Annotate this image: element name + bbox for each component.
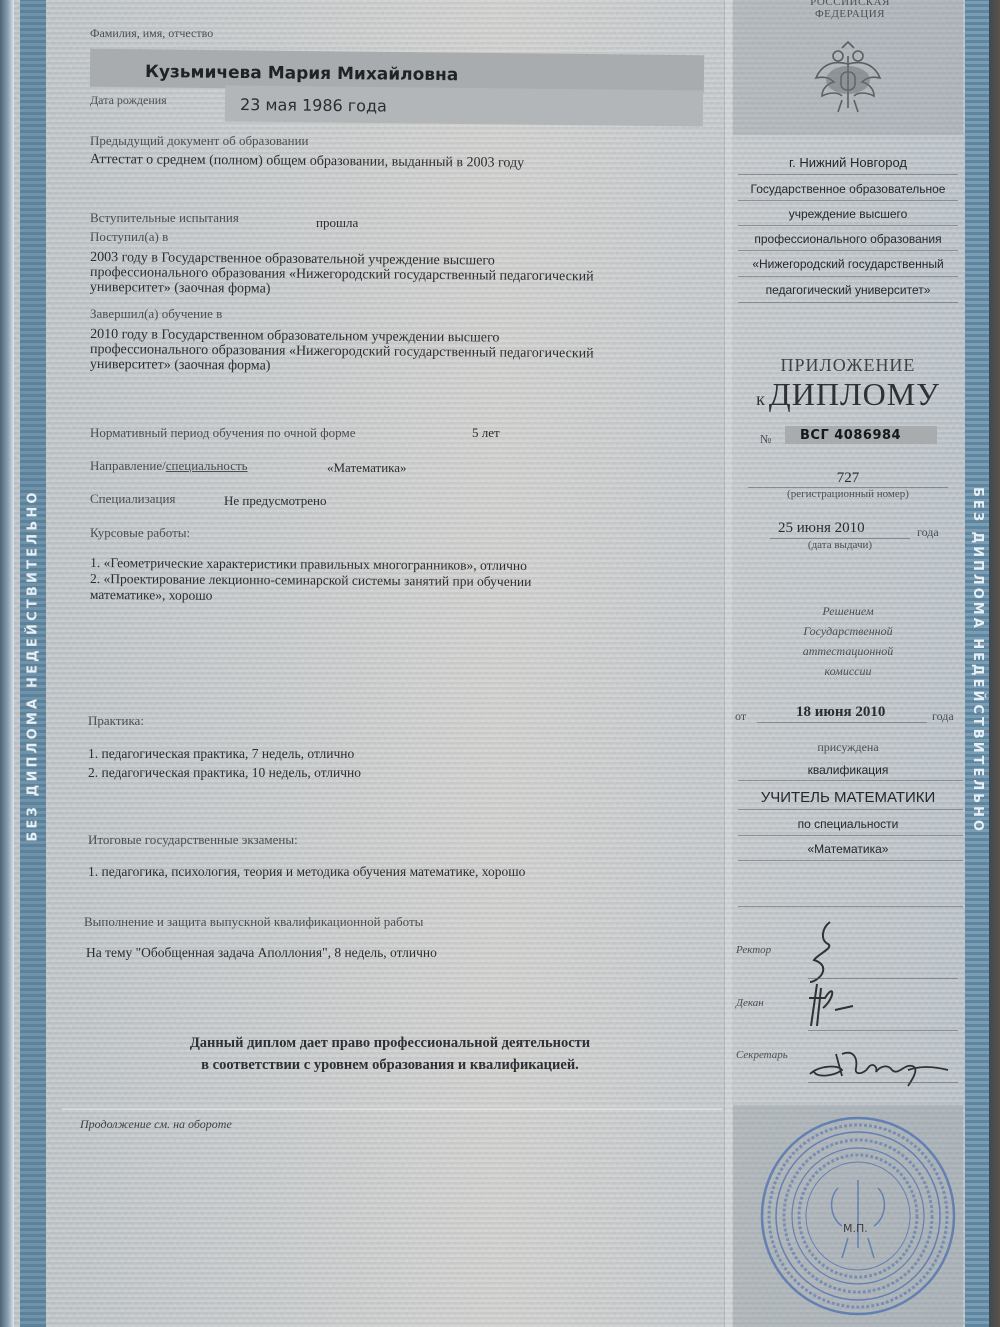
entrance-exams-label: Вступительные испытания bbox=[90, 210, 239, 226]
left-page-edge bbox=[0, 0, 14, 1327]
rule bbox=[738, 200, 958, 201]
completed-label: Завершил(а) обучение в bbox=[90, 306, 222, 322]
thesis-value: На тему "Обобщенная задача Аполлония", 8… bbox=[86, 945, 437, 961]
enrolled-label: Поступил(а) в bbox=[90, 229, 168, 245]
coursework-label: Курсовые работы: bbox=[90, 525, 190, 541]
institution-line-3: профессионального образования bbox=[733, 232, 963, 246]
decision-line-4: комиссии bbox=[733, 664, 963, 679]
institution-line-4: «Нижегородский государственный bbox=[733, 257, 963, 271]
study-period-value: 5 лет bbox=[472, 425, 500, 441]
right-page-edge bbox=[989, 0, 1000, 1327]
state-exams-label: Итоговые государственные экзамены: bbox=[88, 832, 298, 848]
city: г. Нижний Новгород bbox=[733, 155, 963, 170]
rule bbox=[738, 780, 963, 781]
thesis-label: Выполнение и защита выпускной квалификац… bbox=[84, 914, 423, 930]
entrance-exams-value: прошла bbox=[316, 215, 358, 231]
rule bbox=[808, 1030, 958, 1031]
awarded-label: присуждена bbox=[733, 740, 963, 755]
country-title: РОССИЙСКАЯ ФЕДЕРАЦИЯ bbox=[790, 0, 910, 20]
specialty-label: по специальности bbox=[733, 817, 963, 831]
rule bbox=[738, 860, 963, 861]
decision-from: от bbox=[735, 709, 746, 724]
rule bbox=[757, 722, 927, 723]
student-dob: 23 мая 1986 года bbox=[240, 95, 387, 116]
official-stamp-icon bbox=[758, 1108, 958, 1318]
right-strip-label: БЕЗ ДИПЛОМА НЕДЕЙСТВИТЕЛЬНО bbox=[965, 430, 989, 890]
issue-date: 25 июня 2010 bbox=[778, 520, 865, 537]
direction-label: Направление/специальность bbox=[90, 458, 248, 474]
study-period-label: Нормативный период обучения по очной фор… bbox=[90, 425, 355, 441]
registration-number: 727 bbox=[733, 470, 963, 487]
institution-line-1: Государственное образовательное bbox=[733, 182, 963, 196]
title-diploma: кДИПЛОМУ bbox=[733, 376, 963, 413]
issue-caption: (дата выдачи) bbox=[770, 539, 910, 551]
rule bbox=[738, 906, 963, 907]
practice-label: Практика: bbox=[88, 713, 144, 729]
rule bbox=[738, 835, 963, 836]
secretary-label: Секретарь bbox=[736, 1049, 788, 1061]
registration-caption: (регистрационный номер) bbox=[733, 488, 963, 500]
coursework-list: 1. «Геометрические характеристики правил… bbox=[90, 555, 690, 607]
specialization-label: Специализация bbox=[90, 491, 175, 507]
institution-line-5: педагогический университет» bbox=[733, 283, 963, 297]
direction-value: «Математика» bbox=[327, 460, 407, 476]
rights-statement: Данный диплом дает право профессионально… bbox=[120, 1032, 660, 1076]
institution-line-2: учреждение высшего bbox=[733, 207, 963, 221]
rule bbox=[738, 174, 958, 175]
specialty-value: «Математика» bbox=[733, 842, 963, 856]
previous-education-label: Предыдущий документ об образовании bbox=[90, 133, 309, 149]
dean-label: Декан bbox=[736, 997, 764, 1009]
rector-label: Ректор bbox=[736, 944, 771, 956]
double-headed-eagle-icon bbox=[808, 38, 888, 118]
list-item: 1. педагогическая практика, 7 недель, от… bbox=[88, 744, 688, 763]
left-strip-label: БЕЗ ДИПЛОМА НЕДЕЙСТВИТЕЛЬНО bbox=[20, 430, 46, 900]
practice-list: 1. педагогическая практика, 7 недель, от… bbox=[88, 744, 688, 782]
rule bbox=[738, 809, 963, 810]
rule bbox=[738, 225, 958, 226]
enrolled-block: 2003 году в Государственное образователь… bbox=[90, 250, 690, 300]
number-sign: № bbox=[760, 432, 771, 447]
dob-label: Дата рождения bbox=[90, 93, 167, 108]
rule bbox=[738, 276, 958, 277]
rule bbox=[808, 1082, 958, 1083]
qualification-label: квалификация bbox=[733, 763, 963, 777]
decision-line-1: Решением bbox=[733, 604, 963, 619]
secretary-signature-icon bbox=[808, 1046, 958, 1090]
specialization-value: Не предусмотрено bbox=[224, 493, 326, 509]
state-exams-list: 1. педагогика, психология, теория и мето… bbox=[88, 864, 688, 879]
stamp-mark: М.П. bbox=[843, 1222, 868, 1235]
name-label: Фамилия, имя, отчество bbox=[90, 26, 213, 41]
rule bbox=[738, 302, 958, 303]
column-divider bbox=[724, 0, 732, 1327]
decision-year-word: года bbox=[932, 709, 954, 724]
decision-date: 18 июня 2010 bbox=[796, 704, 885, 721]
dean-signature-icon bbox=[805, 978, 875, 1038]
student-name: Кузьмичева Мария Михайловна bbox=[145, 62, 459, 85]
list-item: 1. педагогика, психология, теория и мето… bbox=[88, 864, 688, 879]
footer-divider bbox=[62, 1108, 722, 1110]
diploma-number: ВСГ 4086984 bbox=[800, 428, 901, 443]
completed-block: 2010 году в Государственном образователь… bbox=[90, 327, 690, 377]
issue-year-word: года bbox=[917, 525, 939, 540]
list-item: 2. педагогическая практика, 10 недель, о… bbox=[88, 763, 688, 782]
qualification-value: УЧИТЕЛЬ МАТЕМАТИКИ bbox=[733, 789, 963, 806]
rule bbox=[738, 250, 958, 251]
decision-line-3: аттестационной bbox=[733, 644, 963, 659]
decision-line-2: Государственной bbox=[733, 624, 963, 639]
continue-note: Продолжение см. на обороте bbox=[80, 1117, 232, 1132]
title-supplement: ПРИЛОЖЕНИЕ bbox=[733, 355, 963, 376]
diploma-supplement-page: БЕЗ ДИПЛОМА НЕДЕЙСТВИТЕЛЬНО Фамилия, имя… bbox=[0, 0, 1000, 1327]
